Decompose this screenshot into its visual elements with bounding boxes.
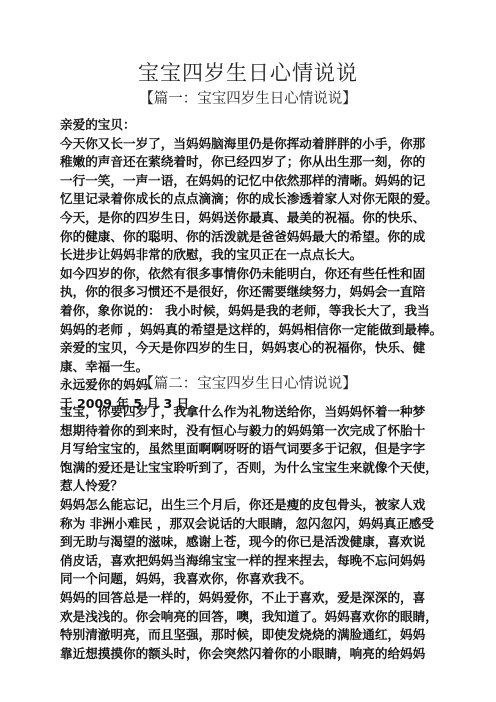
document-page: 宝宝四岁生日心情说说 【篇一：宝宝四岁生日心情说说】 亲爱的宝贝： 今天你又长一… <box>0 0 496 702</box>
paragraph-line: 同一个问题，妈妈，我喜欢你，你喜欢我不。 <box>60 570 460 589</box>
paragraph-line: 妈妈的回答总是一样的，妈妈爱你，不止于喜欢，爱是深深的，喜 <box>60 589 460 608</box>
paragraph-line: 特别清澈明亮，而且坚强，那时候，即使发烧烧的满脸通红，妈妈 <box>60 626 460 645</box>
paragraph-line: 稚嫩的声音还在萦绕着时，你已经四岁了；你从出生那一刻，你的 <box>60 153 460 172</box>
paragraph-line: 妈妈的老师 ，妈妈真的希望是这样的，妈妈相信你一定能做到最棒。 <box>60 321 460 340</box>
section-1-heading: 【篇一：宝宝四岁生日心情说说】 <box>0 89 496 109</box>
paragraph-line: 如今四岁的你，依然有很多事情你仍未能明白，你还有些任性和固 <box>60 265 460 284</box>
paragraph-line: 靠近想摸摸你的额头时，你会突然闪着你的小眼睛，响亮的给妈妈 <box>60 645 460 664</box>
section-2-body: 宝宝，你要四岁了，我拿什么作为礼物送给你，当妈妈怀着一种梦 想期待着你的到来时，… <box>60 403 460 663</box>
paragraph-line: 执，你的很多习惯还不是很好，你还需要继续努力，妈妈会一直陪 <box>60 283 460 302</box>
paragraph-line: 欢是浅浅的。你会响亮的回答，噢，我知道了。妈妈喜欢你的眼睛， <box>60 608 460 627</box>
section-2-heading: 【篇二：宝宝四岁生日心情说说】 <box>0 374 496 394</box>
paragraph-line: 亲爱的宝贝： <box>60 116 460 135</box>
paragraph-line: 妈妈怎么能忘记，出生三个月后，你还是瘦的皮包骨头，被家人戏 <box>60 496 460 515</box>
paragraph-line: 长进步让妈妈非常的欣慰，我的宝贝正在一点点长大。 <box>60 246 460 265</box>
paragraph-line: 称为 非洲小难民 ，那双会说话的大眼睛，忽闪忽闪，妈妈真正感受 <box>60 515 460 534</box>
paragraph-line: 亲爱的宝贝，今天是你四岁的生日，妈妈衷心的祝福你，快乐、健 <box>60 339 460 358</box>
paragraph-line: 俏皮话，喜欢把妈妈当海绵宝宝一样的捏来捏去，每晚不忘问妈妈 <box>60 552 460 571</box>
paragraph-line: 宝宝，你要四岁了，我拿什么作为礼物送给你，当妈妈怀着一种梦 <box>60 403 460 422</box>
section-1-body: 亲爱的宝贝： 今天你又长一岁了，当妈妈脑海里仍是你挥动着胖胖的小手，你那 稚嫩的… <box>60 116 460 414</box>
paragraph-line: 着你，象你说的： 我小时候，妈妈是我的老师，等我长大了，我当 <box>60 302 460 321</box>
paragraph-line: 想期待着你的到来时，没有恒心与毅力的妈妈第一次完成了怀胎十 <box>60 422 460 441</box>
document-title: 宝宝四岁生日心情说说 <box>0 60 496 86</box>
paragraph-line: 忆里记录着你成长的点点滴滴；你的成长渗透着家人对你无限的爱。 <box>60 190 460 209</box>
paragraph-line: 你的健康、你的聪明、你的活泼就是爸爸妈妈最大的希望。你的成 <box>60 228 460 247</box>
paragraph-line: 一行一笑，一声一语，在妈妈的记忆中依然那样的清晰。妈妈的记 <box>60 172 460 191</box>
paragraph-line: 到无助与渴望的滋味，感谢上苍，现今的你已是活泼健康，喜欢说 <box>60 533 460 552</box>
paragraph-line: 饱满的爱还是让宝宝聆听到了，否则，为什么宝宝生来就像个天使， <box>60 459 460 478</box>
paragraph-line: 今天你又长一岁了，当妈妈脑海里仍是你挥动着胖胖的小手，你那 <box>60 135 460 154</box>
paragraph-line: 月写给宝宝的，虽然里面啊啊呀呀的语气词要多于记叙，但是字字 <box>60 440 460 459</box>
paragraph-line: 今天，是你的四岁生日，妈妈送你最真、最美的祝福。你的快乐、 <box>60 209 460 228</box>
paragraph-line: 惹人怜爱？ <box>60 477 460 496</box>
